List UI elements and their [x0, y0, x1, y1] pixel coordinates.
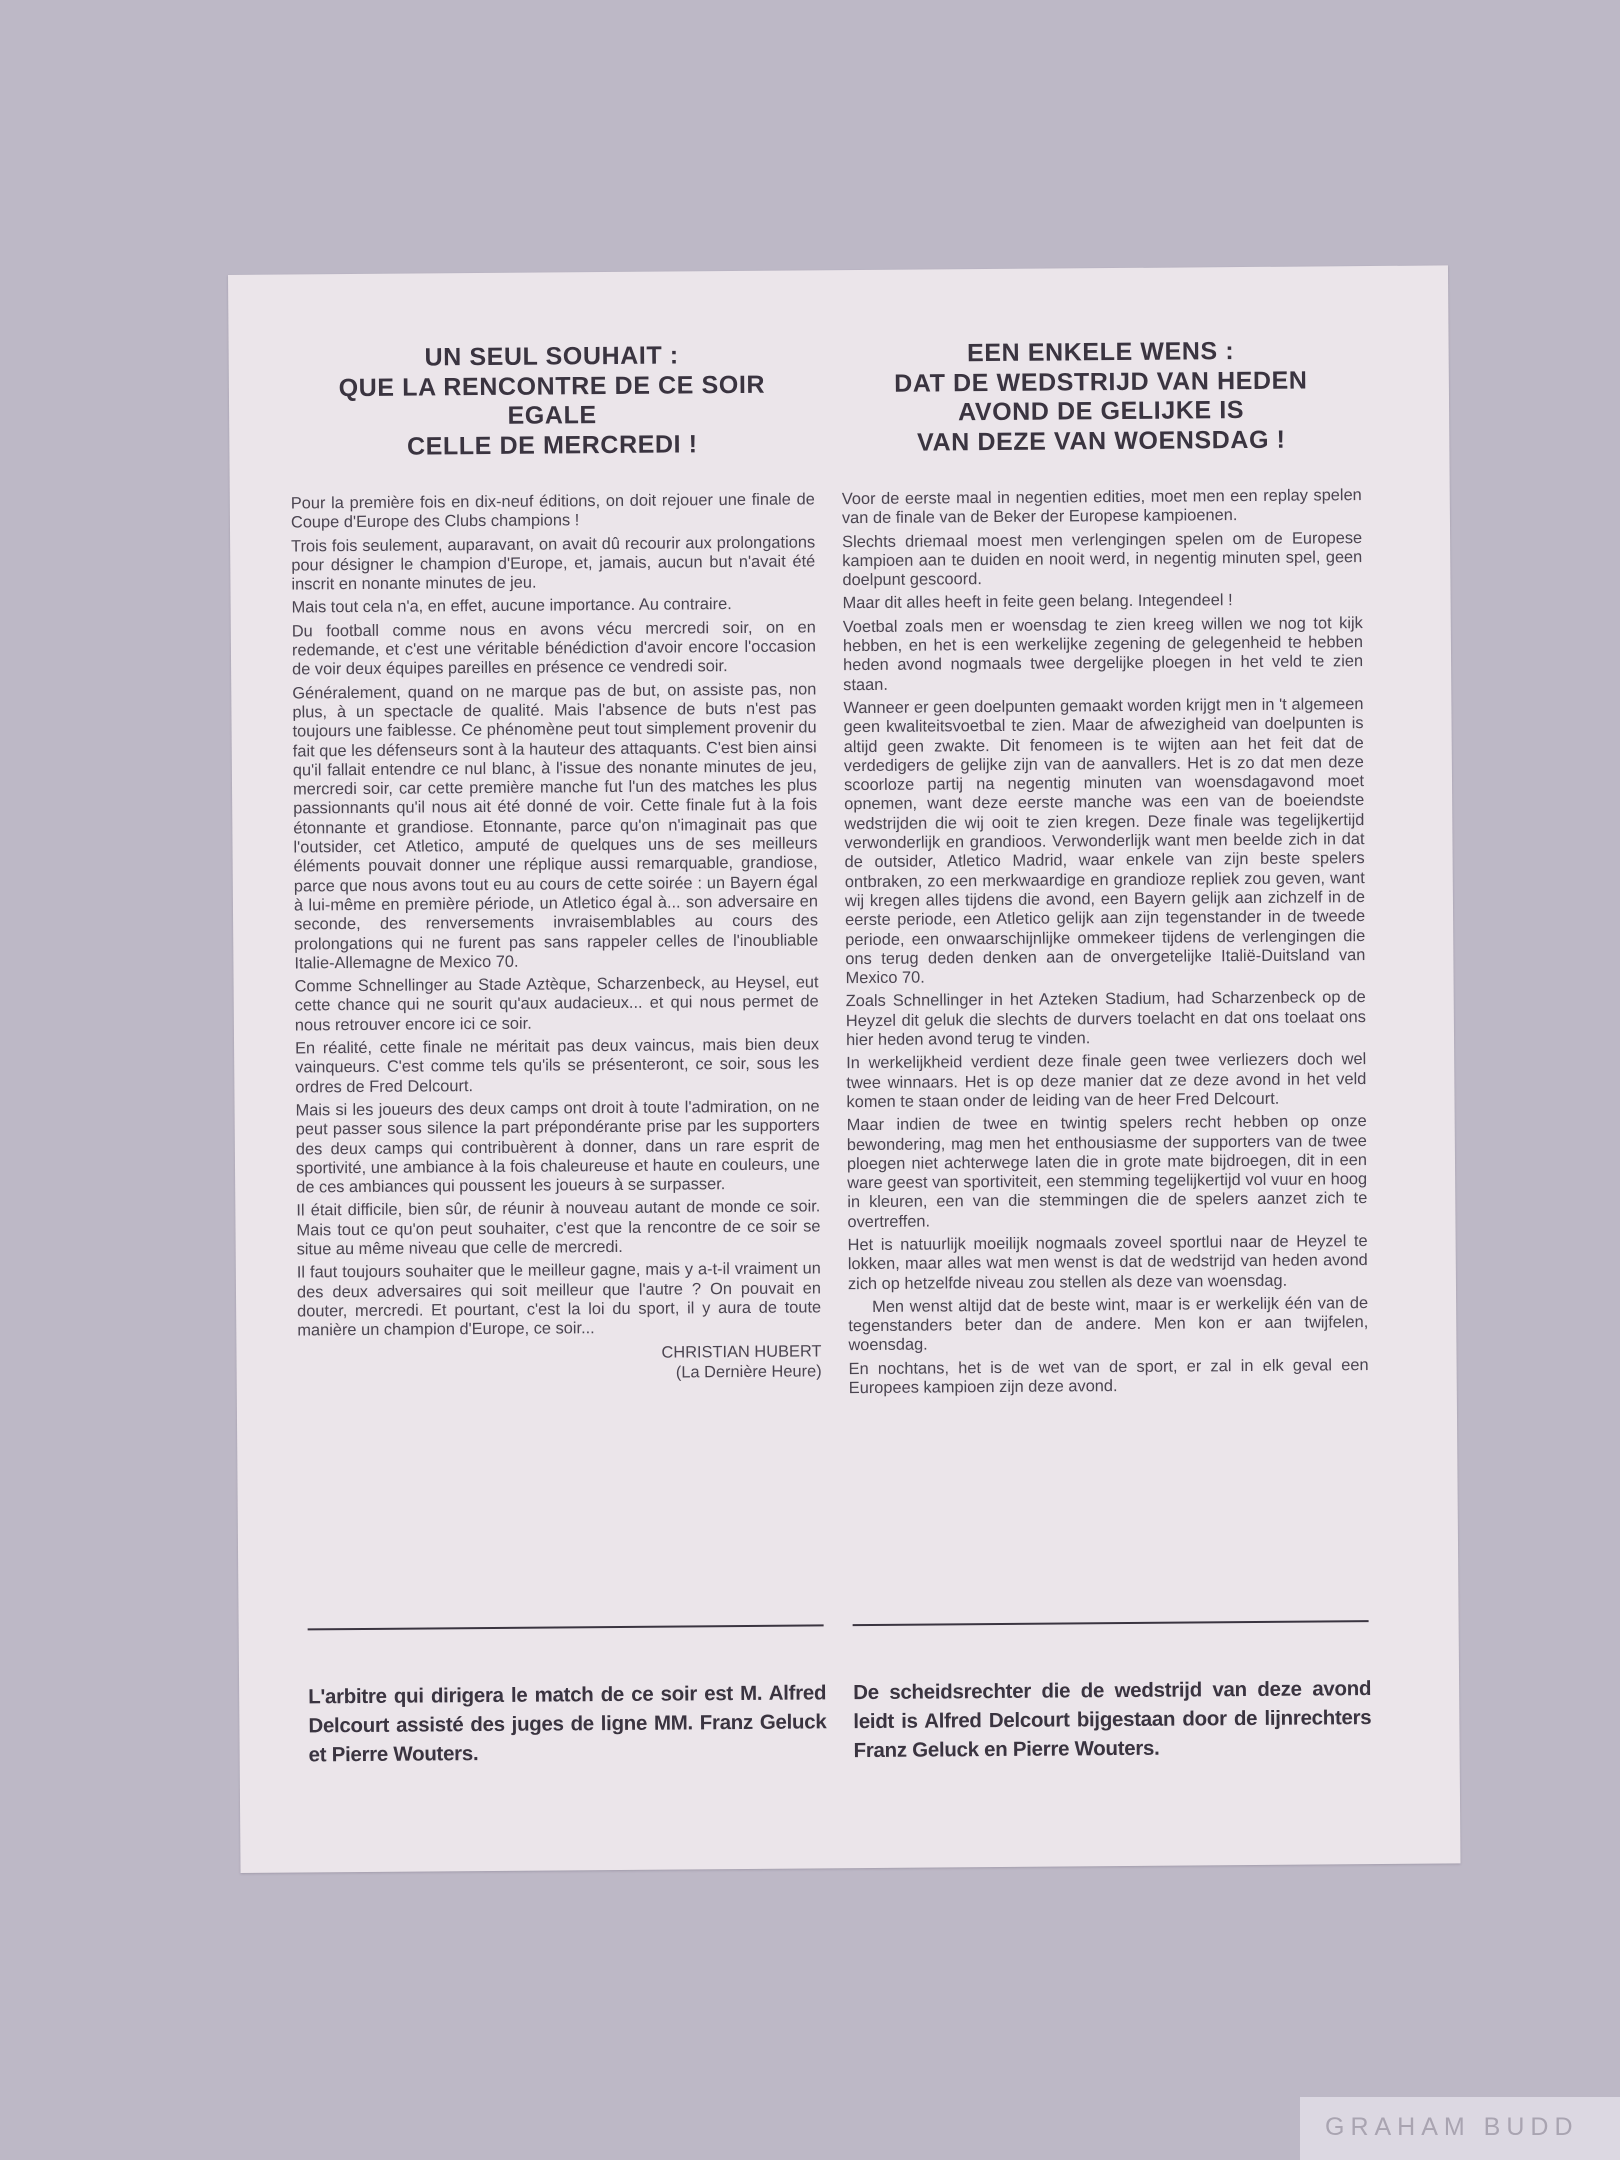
paragraph: Il était difficile, bien sûr, de réunir …	[296, 1198, 820, 1260]
french-heading: UN SEUL SOUHAIT : QUE LA RENCONTRE DE CE…	[290, 340, 815, 462]
author-source: (La Dernière Heure)	[298, 1362, 822, 1385]
paragraph: Trois fois seulement, auparavant, on ava…	[291, 533, 815, 595]
paragraph: Il faut toujours souhaiter que le meille…	[297, 1260, 822, 1341]
watermark-badge: GRAHAM BUDD	[1300, 2097, 1620, 2160]
heading-line: EGALE	[290, 399, 814, 433]
heading-line: QUE LA RENCONTRE DE CE SOIR	[290, 370, 814, 404]
paragraph: Maar dit alles heeft in feite geen belan…	[843, 591, 1363, 614]
paragraph: Wanneer er geen doelpunten gemaakt worde…	[843, 695, 1365, 989]
french-referee-note: L'arbitre qui dirigera le match de ce so…	[308, 1678, 827, 1769]
program-page: UN SEUL SOUHAIT : QUE LA RENCONTRE DE CE…	[228, 265, 1461, 1873]
paragraph: Voetbal zoals men er woensdag te zien kr…	[843, 614, 1364, 695]
heading-line: AVOND DE GELIJKE IS	[841, 395, 1361, 429]
paragraph: Het is natuurlijk moeilijk nogmaals zove…	[848, 1232, 1368, 1294]
french-article-body: Pour la première fois en dix-neuf éditio…	[291, 490, 822, 1385]
article-signature: CHRISTIAN HUBERT (La Dernière Heure)	[297, 1343, 821, 1386]
dutch-column: EEN ENKELE WENS : DAT DE WEDSTRIJD VAN H…	[840, 266, 1373, 1868]
dutch-heading: EEN ENKELE WENS : DAT DE WEDSTRIJD VAN H…	[841, 336, 1362, 458]
paragraph: En nochtans, het is de wet van de sport,…	[849, 1356, 1369, 1399]
heading-line: VAN DEZE VAN WOENSDAG !	[841, 425, 1361, 459]
paragraph: Généralement, quand on ne marque pas de …	[292, 680, 818, 974]
paragraph: Men wenst altijd dat de beste wint, maar…	[848, 1294, 1368, 1356]
dutch-referee-note: De scheidsrechter die de wedstrijd van d…	[853, 1674, 1372, 1765]
paragraph: Comme Schnellinger au Stade Aztèque, Sch…	[295, 974, 819, 1036]
watermark-text: GRAHAM BUDD	[1325, 2113, 1579, 2142]
paragraph: Slechts driemaal moest men verlengingen …	[842, 529, 1362, 591]
heading-line: DAT DE WEDSTRIJD VAN HEDEN	[841, 366, 1361, 400]
paragraph: Mais si les joueurs des deux camps ont d…	[295, 1097, 820, 1198]
paragraph: Pour la première fois en dix-neuf éditio…	[291, 490, 815, 533]
heading-line: EEN ENKELE WENS :	[841, 336, 1361, 370]
paragraph: Voor de eerste maal in negentien edities…	[842, 486, 1362, 529]
heading-line: CELLE DE MERCREDI !	[290, 429, 814, 463]
paragraph: In werkelijkheid verdient deze finale ge…	[846, 1050, 1366, 1112]
french-column: UN SEUL SOUHAIT : QUE LA RENCONTRE DE CE…	[289, 270, 826, 1872]
paragraph: Du football comme nous en avons vécu mer…	[292, 618, 816, 680]
paragraph: Zoals Schnellinger in het Azteken Stadiu…	[846, 989, 1366, 1051]
paragraph: Mais tout cela n'a, en effet, aucune imp…	[292, 595, 816, 618]
dutch-article-body: Voor de eerste maal in negentien edities…	[842, 486, 1369, 1402]
paragraph: Maar indien de twee en twintig spelers r…	[847, 1112, 1368, 1232]
heading-line: UN SEUL SOUHAIT :	[290, 340, 814, 374]
paragraph: En réalité, cette finale ne méritait pas…	[295, 1035, 819, 1097]
